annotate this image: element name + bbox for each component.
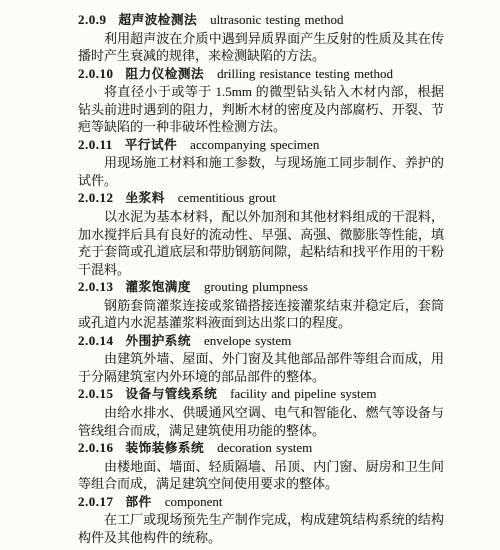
term-definition: 钢筋套筒灌浆连接或浆锚搭接连接灌浆结束并稳定后，套筒或孔道内水泥基灌浆料液面到达… (78, 297, 444, 332)
term-definition: 利用超声波在介质中遇到异质界面产生反射的性质及其在传播时产生衰减的规律，来检测缺… (78, 30, 444, 65)
term-definition: 由建筑外墙、屋面、外门窗及其他部品部件等组合而成，用于分隔建筑室内外环境的部品部… (78, 350, 444, 385)
term-name-en: facility and pipeline system (230, 386, 376, 401)
term-heading: 2.0.15设备与管线系统facility and pipeline syste… (78, 385, 444, 404)
term-entry: 2.0.16装饰装修系统decoration system 由楼地面、墙面、轻质… (78, 439, 444, 493)
term-name-en: envelope system (204, 333, 291, 348)
term-name-en: accompanying specimen (190, 137, 319, 152)
term-number: 2.0.14 (78, 333, 114, 348)
term-name-en: component (165, 494, 223, 509)
term-heading: 2.0.16装饰装修系统decoration system (78, 439, 444, 458)
term-name-zh: 阻力仪检测法 (126, 67, 205, 81)
term-number: 2.0.15 (78, 386, 114, 401)
term-definition: 以水泥为基本材料，配以外加剂和其他材料组成的干混料，加水搅拌后具有良好的流动性、… (78, 208, 444, 278)
term-definition: 将直径小于或等于 1.5mm 的微型钻头钻入木材内部，根据钻头前进时遇到的阻力，… (78, 83, 444, 136)
term-name-en: decoration system (217, 440, 312, 455)
term-name-zh: 部件 (126, 495, 152, 509)
term-number: 2.0.12 (78, 190, 114, 205)
term-definition: 在工厂或现场预先生产制作完成，构成建筑结构系统的结构构件及其他构件的统称。 (78, 511, 444, 546)
term-number: 2.0.11 (78, 137, 113, 152)
term-heading: 2.0.11平行试件accompanying specimen (78, 136, 444, 155)
term-entry: 2.0.11平行试件accompanying specimen 用现场施工材料和… (78, 136, 444, 190)
term-entry: 2.0.15设备与管线系统facility and pipeline syste… (78, 385, 444, 439)
term-name-zh: 外围护系统 (126, 334, 191, 348)
term-number: 2.0.10 (78, 66, 114, 81)
term-heading: 2.0.10阻力仪检测法drilling resistance testing … (78, 65, 444, 84)
term-name-zh: 设备与管线系统 (126, 387, 218, 401)
term-entry: 2.0.17部件component 在工厂或现场预先生产制作完成，构成建筑结构系… (78, 493, 444, 547)
term-entry: 2.0.13灌浆饱满度grouting plumpness 钢筋套筒灌浆连接或浆… (78, 278, 444, 332)
term-definition: 用现场施工材料和施工参数，与现场施工同步制作、养护的试件。 (78, 154, 444, 189)
document-page: 2.0.9超声波检测法ultrasonic testing method 利用超… (0, 0, 500, 550)
term-entry: 2.0.14外围护系统envelope system 由建筑外墙、屋面、外门窗及… (78, 332, 444, 386)
term-name-zh: 坐浆料 (126, 191, 165, 205)
term-number: 2.0.16 (78, 440, 114, 455)
term-name-zh: 超声波检测法 (119, 13, 198, 27)
term-entry: 2.0.12坐浆料cementitious grout 以水泥为基本材料，配以外… (78, 189, 444, 278)
term-definition: 由楼地面、墙面、轻质隔墙、吊顶、内门窗、厨房和卫生间等组合而成，满足建筑空间使用… (78, 458, 444, 493)
term-heading: 2.0.13灌浆饱满度grouting plumpness (78, 278, 444, 297)
term-heading: 2.0.17部件component (78, 493, 444, 512)
term-number: 2.0.9 (78, 12, 107, 27)
term-name-en: cementitious grout (178, 190, 276, 205)
term-heading: 2.0.14外围护系统envelope system (78, 332, 444, 351)
term-entry: 2.0.9超声波检测法ultrasonic testing method 利用超… (78, 11, 444, 65)
term-name-zh: 装饰装修系统 (126, 441, 205, 455)
terms-section: 2.0.9超声波检测法ultrasonic testing method 利用超… (78, 11, 444, 546)
term-heading: 2.0.9超声波检测法ultrasonic testing method (78, 11, 444, 30)
term-name-zh: 平行试件 (125, 138, 177, 152)
term-name-en: ultrasonic testing method (210, 12, 343, 27)
term-name-en: grouting plumpness (204, 279, 308, 294)
term-definition: 由给水排水、供暖通风空调、电气和智能化、燃气等设备与管线组合而成，满足建筑使用功… (78, 404, 444, 439)
term-name-en: drilling resistance testing method (217, 66, 393, 81)
term-number: 2.0.17 (78, 494, 114, 509)
term-name-zh: 灌浆饱满度 (126, 280, 191, 294)
term-entry: 2.0.10阻力仪检测法drilling resistance testing … (78, 65, 444, 136)
term-heading: 2.0.12坐浆料cementitious grout (78, 189, 444, 208)
term-number: 2.0.13 (78, 279, 114, 294)
